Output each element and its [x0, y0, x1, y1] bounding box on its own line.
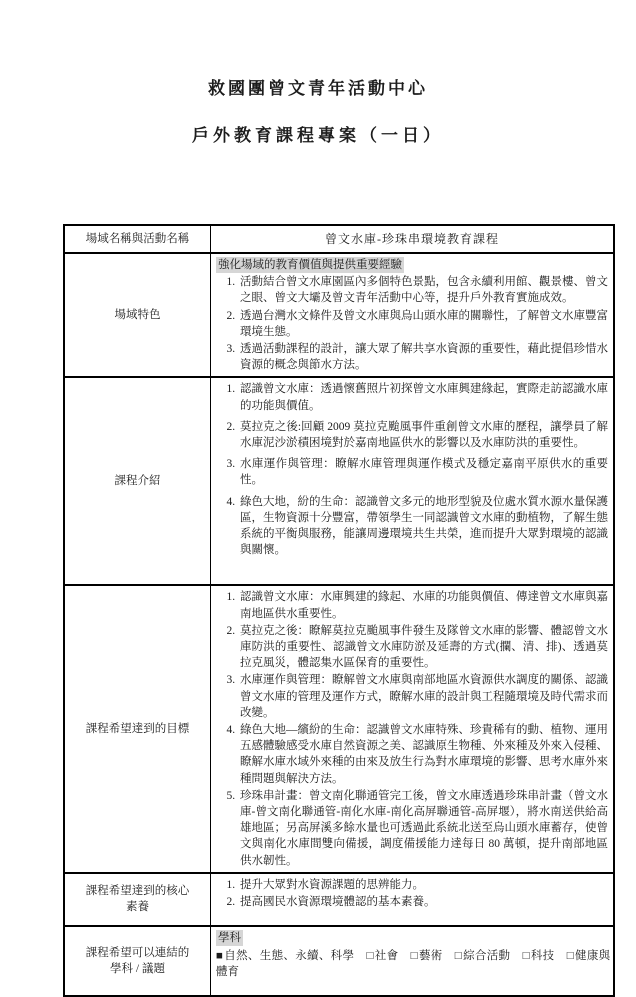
subjects-checkbox-line: ■自然、生態、永續、科學 □社會 □藝術 □綜合活動 □科技 □健康與體育: [216, 948, 610, 980]
table-row: 課程希望達到的核心 素養 提升大眾對水資源課題的思辨能力。 提高國民水資源環境體…: [64, 873, 614, 926]
table-row: 課程介紹 認識曾文水庫：透過懷舊照片初探曾文水庫興建緣起，實際走訪認識水庫的功能…: [64, 377, 614, 585]
venue-features-heading: 強化場域的教育價值與提供重要經驗: [216, 257, 404, 273]
linked-subjects-content: 學科 ■自然、生態、永續、科學 □社會 □藝術 □綜合活動 □科技 □健康與體育: [211, 926, 615, 996]
checkbox-unchecked-icon: □: [567, 950, 574, 962]
checkbox-unchecked-icon: □: [411, 950, 418, 962]
page-title: 救國團曾文青年活動中心: [0, 74, 636, 99]
list-item: 提高國民水資源環境體認的基本素養。: [238, 894, 608, 910]
row-label-core-competencies: 課程希望達到的核心 素養: [64, 873, 211, 926]
table-row: 課程希望可以連結的 學科 / 議題 學科 ■自然、生態、永續、科學 □社會 □藝…: [64, 926, 614, 996]
list-item: 珍珠串計畫：曾文南化聯通管完工後，曾文水庫透過珍珠串計畫（曾文水庫-曾文南化聯通…: [238, 788, 608, 869]
document-header: 救國團曾文青年活動中心 戶外教育課程專案（一日）: [0, 74, 636, 146]
subject-option-arts: □藝術: [411, 950, 443, 962]
row-label-linked-subjects: 課程希望可以連結的 學科 / 議題: [64, 926, 211, 996]
table-row: 場域特色 強化場域的教育價值與提供重要經驗 活動結合曾文水庫園區內多個特色景點，…: [64, 253, 614, 377]
subject-option-nature: ■自然、生態、永續、科學: [216, 950, 354, 962]
venue-features-list: 活動結合曾文水庫園區內多個特色景點，包含永續利用館、觀景樓、曾文之眼、曾文大壩及…: [214, 274, 610, 373]
table-row: 課程希望達到的目標 認識曾文水庫：水庫興建的緣起、水庫的功能與價值、傳達曾文水庫…: [64, 585, 614, 872]
row-label-course-introduction: 課程介紹: [64, 377, 211, 585]
list-item: 水庫運作與管理：瞭解水庫管理與運作模式及穩定嘉南平原供水的重要性。: [238, 456, 608, 488]
subject-option-society: □社會: [367, 950, 399, 962]
subject-option-technology: □科技: [523, 950, 555, 962]
list-item: 提升大眾對水資源課題的思辨能力。: [238, 877, 608, 893]
row-label-venue-features: 場域特色: [64, 253, 211, 377]
list-item: 莫拉克之後：瞭解莫拉克颱風事件發生及隊曾文水庫的影響、體認曾文水庫防洪的重要性、…: [238, 623, 608, 672]
checkbox-unchecked-icon: □: [523, 950, 530, 962]
list-item: 透過台灣水文條件及曾文水庫與烏山頭水庫的關聯性，了解曾文水庫豐富環境生態。: [238, 308, 608, 340]
subjects-heading: 學科: [216, 930, 243, 946]
table-row: 場域名稱與活動名稱 曾文水庫-珍珠串環境教育課程: [64, 225, 614, 253]
course-introduction-list: 認識曾文水庫：透過懷舊照片初探曾文水庫興建緣起，實際走訪認識水庫的功能與價值。 …: [214, 381, 610, 558]
page-subtitle: 戶外教育課程專案（一日）: [0, 121, 636, 146]
checkbox-unchecked-icon: □: [455, 950, 462, 962]
course-introduction-content: 認識曾文水庫：透過懷舊照片初探曾文水庫興建緣起，實際走訪認識水庫的功能與價值。 …: [211, 377, 615, 585]
course-goals-list: 認識曾文水庫：水庫興建的緣起、水庫的功能與價值、傳達曾文水庫與嘉南地區供水重要性…: [214, 589, 610, 868]
list-item: 綠色大地，紛的生命：認識曾文多元的地形型貌及位處水質水源水量保護區，生物資源十分…: [238, 494, 608, 559]
list-item: 認識曾文水庫：水庫興建的緣起、水庫的功能與價值、傳達曾文水庫與嘉南地區供水重要性…: [238, 589, 608, 621]
checkbox-checked-icon: ■: [216, 950, 223, 962]
subject-option-integrated-activities: □綜合活動: [455, 950, 511, 962]
core-competencies-list: 提升大眾對水資源課題的思辨能力。 提高國民水資源環境體認的基本素養。: [214, 877, 610, 910]
list-item: 綠色大地—繽紛的生命：認識曾文水庫特殊、珍貴稀有的動、植物、運用五感體驗感受水庫…: [238, 722, 608, 787]
core-competencies-content: 提升大眾對水資源課題的思辨能力。 提高國民水資源環境體認的基本素養。: [211, 873, 615, 926]
list-item: 活動結合曾文水庫園區內多個特色景點，包含永續利用館、觀景樓、曾文之眼、曾文大壩及…: [238, 274, 608, 306]
row-label-course-goals: 課程希望達到的目標: [64, 585, 211, 872]
row-label-venue-activity-name: 場域名稱與活動名稱: [64, 225, 211, 253]
course-table: 場域名稱與活動名稱 曾文水庫-珍珠串環境教育課程 場域特色 強化場域的教育價值與…: [63, 224, 615, 997]
list-item: 水庫運作與管理：瞭解曾文水庫與南部地區水資源供水調度的關係、認識曾文水庫的管理及…: [238, 672, 608, 721]
course-name-value: 曾文水庫-珍珠串環境教育課程: [211, 225, 615, 253]
list-item: 透過活動課程的設計，讓大眾了解共享水資源的重要性，藉此提倡珍惜水資源的概念與節水…: [238, 341, 608, 373]
list-item: 莫拉克之後:回顧 2009 莫拉克颱風事件重創曾文水庫的歷程，讓學員了解水庫泥沙…: [238, 419, 608, 451]
course-goals-content: 認識曾文水庫：水庫興建的緣起、水庫的功能與價值、傳達曾文水庫與嘉南地區供水重要性…: [211, 585, 615, 872]
list-item: 認識曾文水庫：透過懷舊照片初探曾文水庫興建緣起，實際走訪認識水庫的功能與價值。: [238, 381, 608, 413]
checkbox-unchecked-icon: □: [367, 950, 374, 962]
venue-features-content: 強化場域的教育價值與提供重要經驗 活動結合曾文水庫園區內多個特色景點，包含永續利…: [211, 253, 615, 377]
